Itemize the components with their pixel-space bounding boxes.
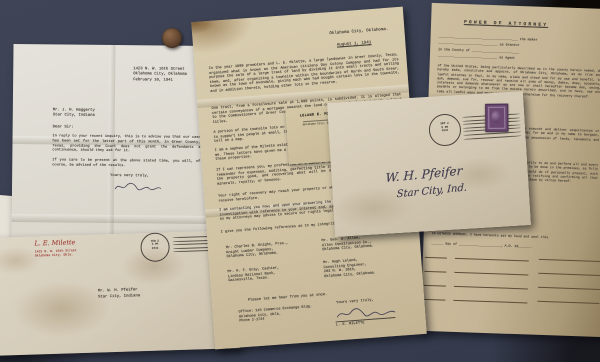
fold-crease	[12, 214, 210, 224]
signature-line	[538, 273, 600, 276]
letter-closing: Yours very truly,	[110, 174, 149, 178]
signature-line	[454, 272, 528, 276]
signature-line	[537, 301, 599, 304]
handwritten-address-line1: W. H. Pfeifer	[385, 164, 462, 185]
stamp-portrait-oval	[491, 111, 500, 123]
signature-line	[424, 285, 446, 287]
form-blank-lines: ________________________________________…	[438, 33, 600, 64]
postmark-circle: SEP 2 5 PM 1941	[428, 113, 462, 147]
signature-line	[455, 258, 529, 262]
postmark-date: SEP 2 5 PM 1941	[434, 121, 455, 133]
photo-of-documents: 1423 N. W. 16th Street Oklahoma City, Ok…	[0, 0, 600, 362]
letter-paragraph: In reply to your recent inquiry, this is…	[52, 134, 200, 155]
letter-paragraph: In the year 1889 promoters and L. E. Mil…	[209, 53, 401, 94]
letter-header: 1423 N. W. 16th Street Oklahoma City, Ok…	[133, 67, 187, 83]
signature-line	[539, 259, 600, 262]
mailed-envelope: SEP 2 5 PM 1941 W. H. Pfeifer Star City,…	[327, 91, 531, 237]
reference-entry: Mr. Hugh Leland, Consulting Engineer, 20…	[323, 254, 416, 279]
signature-line	[424, 271, 446, 273]
letter-salutation: Dear Sir:	[53, 125, 74, 129]
letter-place: Oklahoma City, Oklahoma.	[329, 28, 388, 36]
postmark-date: FEB 2 5 PM 1941	[145, 239, 164, 250]
return-envelope: L. E. Milette 1423 N. W. 16th Street Okl…	[0, 230, 240, 356]
signature-line	[423, 299, 445, 301]
form-paragraph: IN WITNESS WHEREOF, I have hereunto set …	[432, 231, 596, 241]
return-address-typed: 1423 N. W. 16th Street Oklahoma City, Ok…	[35, 248, 77, 258]
return-address-script: L. E. Milette	[34, 238, 75, 247]
postmark-circle: FEB 2 5 PM 1941	[140, 232, 170, 262]
signature-line	[538, 287, 600, 290]
letter-recipient: Mr. J. H. Haggerty Star City, Indiana	[53, 108, 95, 119]
form-title: POWER OF ATTORNEY	[431, 19, 581, 29]
reference-entry: Mr. H. F. Gray, Cashier, Lindsay Nationa…	[228, 264, 317, 284]
reference-entry: Mr. Charles B. Knight, Pres., Knight Lum…	[226, 240, 315, 260]
form-date-line: ______ day of _____________________, A.D…	[431, 241, 595, 251]
envelope-address-typed: Mr. W. H. Pfeifer Star City, Indiana	[98, 288, 140, 301]
postage-stamp	[485, 104, 508, 132]
coin	[162, 28, 182, 48]
handwritten-address-line2: Star City, Ind.	[397, 182, 468, 200]
signature-script	[112, 180, 164, 194]
signature-line	[454, 286, 528, 290]
letter-date: August 1, 1941	[337, 41, 372, 48]
signature-line	[453, 300, 527, 304]
signature-line	[425, 257, 447, 259]
letter-office-block: Office: 115 Commerce Exchange Bldg. Okla…	[239, 305, 313, 324]
letter-paragraph: If you care to be present at the above s…	[52, 158, 200, 169]
letter-please-line: Please let me hear from you at once.	[248, 293, 328, 303]
